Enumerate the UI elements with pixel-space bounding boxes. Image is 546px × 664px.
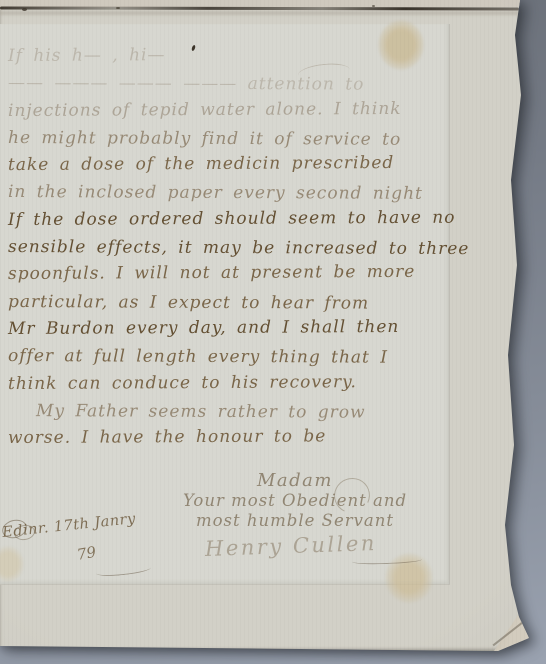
album-page: If his h— , hi——— ——— ——— ——— attention … [0,0,528,651]
top-crease-line [0,6,519,10]
letter-line: injections of tepid water alone. I think [8,98,476,128]
dateline-year: 79 [76,543,98,564]
top-crease-shadow [0,11,519,15]
letter-line: spoonfuls. I will not at present be more [8,262,476,292]
manuscript-photograph: If his h— , hi——— ——— ——— ——— attention … [0,0,546,664]
album-page-wrap: If his h— , hi——— ——— ——— ——— attention … [0,0,546,664]
letter-line: If the dose ordered should seem to have … [8,207,476,237]
letter-line: If his h— , hi— [8,44,476,74]
ink-speck [22,8,27,11]
letter-line: Mr Burdon every day, and I shall then [8,317,476,347]
letter-line: worse. I have the honour to be [8,426,476,456]
ink-speck [116,7,120,9]
closing-line: Your most Obedient and [150,491,440,511]
closing-line: most humble Servant [150,511,440,531]
letter-closing: Madam Your most Obedient and most humble… [150,470,440,531]
letter-body: If his h— , hi——— ——— ——— ——— attention … [8,46,476,455]
closing-salutation: Madam [150,470,440,491]
ink-speck [372,5,375,7]
letter-line: take a dose of the medicin prescribed [8,153,476,183]
letter-line: think can conduce to his recovery. [8,371,476,401]
